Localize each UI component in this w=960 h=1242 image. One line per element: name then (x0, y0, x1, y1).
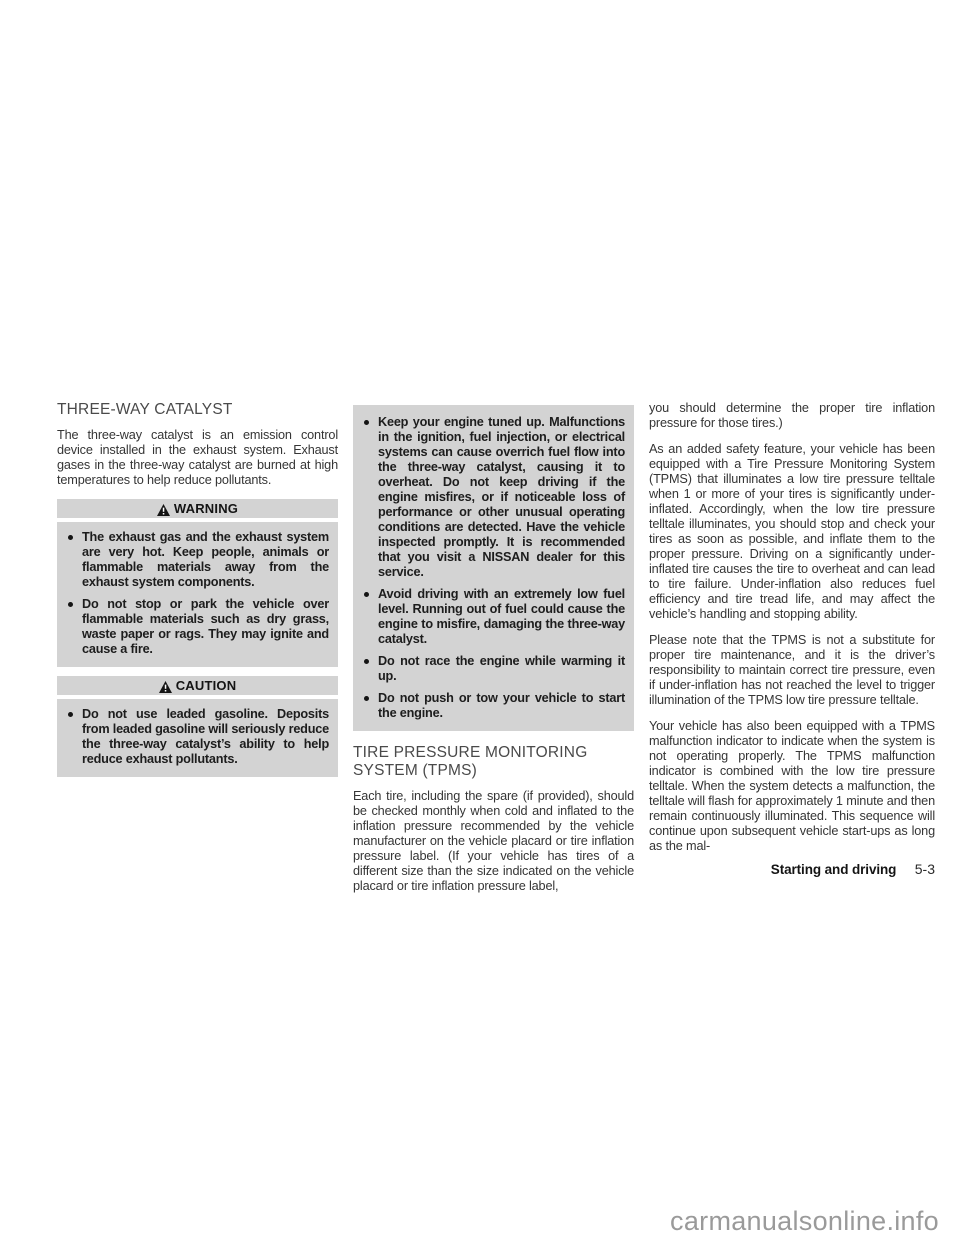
caution-box-header: CAUTION (57, 676, 338, 695)
tpms-paragraph: Each tire, including the spare (if provi… (353, 789, 634, 894)
page-footer: Starting and driving 5-3 (649, 861, 935, 879)
page-content: THREE-WAY CATALYST The three-way catalys… (57, 401, 929, 905)
tpms-paragraph: Please note that the TPMS is not a subst… (649, 633, 935, 708)
warning-bullet-item: Do not race the engine while warming it … (361, 654, 625, 684)
warning-box-body: The exhaust gas and the exhaust system a… (57, 522, 338, 667)
warning-bullet-item: The exhaust gas and the exhaust system a… (65, 530, 329, 590)
warning-label: WARNING (174, 501, 238, 516)
warning-triangle-icon (157, 503, 170, 515)
caution-bullet-item: Do not use leaded gasoline. Deposits fro… (65, 707, 329, 767)
warning-bullet-item: Keep your engine tuned up. Malfunctions … (361, 415, 625, 580)
tpms-paragraph: Your vehicle has also been equipped with… (649, 719, 935, 854)
footer-page-number: 5-3 (915, 861, 935, 877)
watermark: carmanualsonline.info (670, 1206, 939, 1237)
tpms-paragraph: you should determine the proper tire inf… (649, 401, 935, 431)
section-title-three-way-catalyst: THREE-WAY CATALYST (57, 401, 338, 419)
warning-continued-box: Keep your engine tuned up. Malfunctions … (353, 405, 634, 731)
tpms-paragraph: As an added safety feature, your vehicle… (649, 442, 935, 622)
column-1: THREE-WAY CATALYST The three-way catalys… (57, 401, 338, 905)
warning-bullet-item: Do not stop or park the vehicle over fla… (65, 597, 329, 657)
warning-bullet-item: Do not push or tow your vehicle to start… (361, 691, 625, 721)
column-2: Keep your engine tuned up. Malfunctions … (353, 401, 634, 905)
manual-page: THREE-WAY CATALYST The three-way catalys… (0, 0, 960, 1242)
column-3: you should determine the proper tire inf… (649, 401, 935, 905)
warning-bullet-item: Avoid driving with an extremely low fuel… (361, 587, 625, 647)
warning-box-header: WARNING (57, 499, 338, 518)
warning-triangle-icon (159, 680, 172, 692)
caution-box-body: Do not use leaded gasoline. Deposits fro… (57, 699, 338, 777)
caution-label: CAUTION (176, 678, 237, 693)
section-title-tpms: TIRE PRESSURE MONITORING SYSTEM (TPMS) (353, 744, 634, 780)
catalyst-intro-paragraph: The three-way catalyst is an emission co… (57, 428, 338, 488)
footer-section-label: Starting and driving (771, 862, 897, 877)
